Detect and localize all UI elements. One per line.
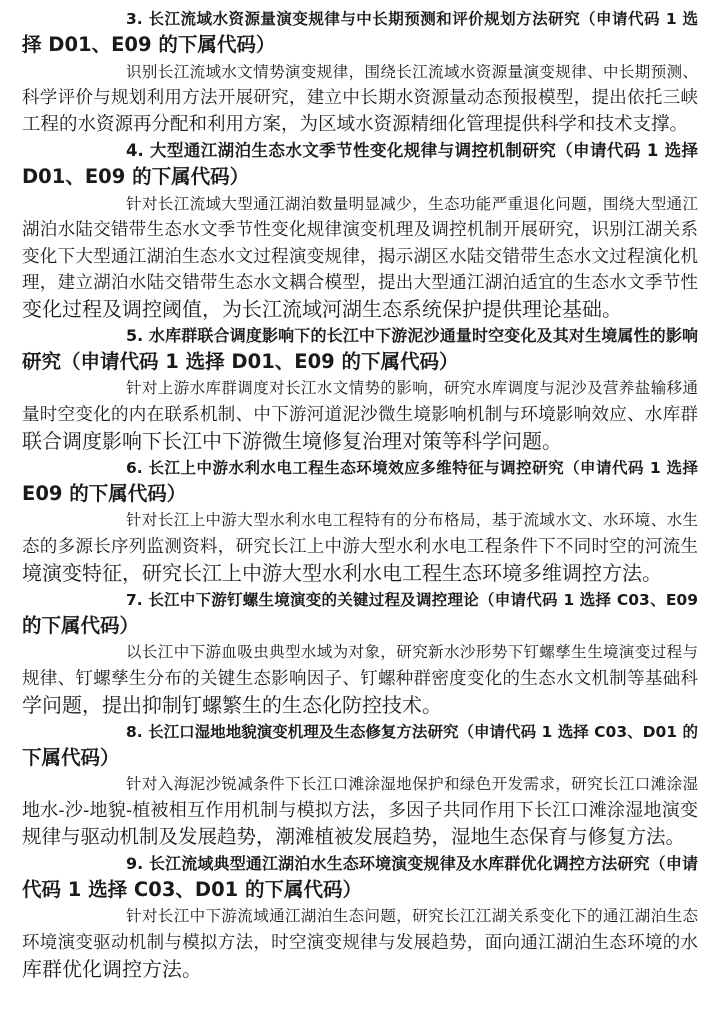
section-9: 9. 长江流域典型通江湖泊水生态环境演变规律及水库群优化调控方法研究（申请 代码…: [22, 851, 698, 983]
section-title: 8. 长江口湿地地貌演变机理及生态修复方法研究（申请代码 1 选择 C03、D0…: [22, 719, 698, 745]
section-body: 针对长江中下游流域通江湖泊生态问题，研究长江江湖关系变化下的通江湖泊生态: [22, 903, 698, 929]
section-body: 学问题，提出抑制钉螺繁生的生态化防控技术。: [22, 692, 698, 718]
section-title: 5. 水库群联合调度影响下的长江中下游泥沙通量时空变化及其对生境属性的影响: [22, 323, 698, 349]
section-title: 研究（申请代码 1 选择 D01、E09 的下属代码）: [22, 349, 698, 375]
section-body: 针对入海泥沙锐减条件下长江口滩涂湿地保护和绿色开发需求，研究长江口滩涂湿: [22, 771, 698, 797]
section-body: 变化下大型通江湖泊生态水文过程演变规律，揭示湖区水陆交错带生态水文过程演化机: [22, 244, 698, 270]
section-title: 6. 长江上中游水利水电工程生态环境效应多维特征与调控研究（申请代码 1 选择: [22, 455, 698, 481]
section-body: 环境演变驱动机制与模拟方法，时空演变规律与发展趋势，面向通江湖泊生态环境的水: [22, 930, 698, 956]
section-body: 以长江中下游血吸虫典型水域为对象，研究新水沙形势下钉螺孳生生境演变过程与: [22, 639, 698, 665]
section-body: 针对长江上中游大型水利水电工程特有的分布格局，基于流域水文、水环境、水生: [22, 507, 698, 533]
section-title: D01、E09 的下属代码）: [22, 164, 698, 190]
section-body: 识别长江流域水文情势演变规律，围绕长江流域水资源量演变规律、中长期预测、: [22, 59, 698, 85]
section-5: 5. 水库群联合调度影响下的长江中下游泥沙通量时空变化及其对生境属性的影响 研究…: [22, 323, 698, 455]
section-title: 4. 大型通江湖泊生态水文季节性变化规律与调控机制研究（申请代码 1 选择: [22, 138, 698, 164]
section-body: 湖泊水陆交错带生态水文季节性变化规律演变机理及调控机制开展研究，识别江湖关系: [22, 217, 698, 243]
section-body: 变化过程及调控阈值，为长江流域河湖生态系统保护提供理论基础。: [22, 296, 698, 322]
section-body: 针对上游水库群调度对长江水文情势的影响，研究水库调度与泥沙及营养盐输移通: [22, 375, 698, 401]
section-title: 9. 长江流域典型通江湖泊水生态环境演变规律及水库群优化调控方法研究（申请: [22, 851, 698, 877]
section-title: 3. 长江流域水资源量演变规律与中长期预测和评价规划方法研究（申请代码 1 选: [22, 6, 698, 32]
section-7: 7. 长江中下游钉螺生境演变的关键过程及调控理论（申请代码 1 选择 C03、E…: [22, 587, 698, 719]
section-title: 择 D01、E09 的下属代码）: [22, 32, 698, 58]
section-body: 科学评价与规划利用方法开展研究，建立中长期水资源量动态预报模型，提出依托三峡: [22, 85, 698, 111]
section-title: E09 的下属代码）: [22, 481, 698, 507]
section-title: 下属代码）: [22, 745, 698, 771]
section-body: 库群优化调控方法。: [22, 956, 698, 982]
section-8: 8. 长江口湿地地貌演变机理及生态修复方法研究（申请代码 1 选择 C03、D0…: [22, 719, 698, 851]
document-page: 3. 长江流域水资源量演变规律与中长期预测和评价规划方法研究（申请代码 1 选 …: [22, 6, 698, 982]
section-body: 规律与驱动机制及发展趋势，潮滩植被发展趋势，湿地生态保育与修复方法。: [22, 824, 698, 850]
section-title: 的下属代码）: [22, 613, 698, 639]
section-title: 代码 1 选择 C03、D01 的下属代码）: [22, 877, 698, 903]
section-title: 7. 长江中下游钉螺生境演变的关键过程及调控理论（申请代码 1 选择 C03、E…: [22, 587, 698, 613]
section-body: 量时空变化的内在联系机制、中下游河道泥沙微生境影响机制与环境影响效应、水库群: [22, 402, 698, 428]
section-body: 工程的水资源再分配和利用方案，为区域水资源精细化管理提供科学和技术支撑。: [22, 112, 698, 138]
section-4: 4. 大型通江湖泊生态水文季节性变化规律与调控机制研究（申请代码 1 选择 D0…: [22, 138, 698, 323]
section-body: 针对长江流域大型通江湖泊数量明显减少，生态功能严重退化问题，围绕大型通江: [22, 191, 698, 217]
section-body: 态的多源长序列监测资料，研究长江上中游大型水利水电工程条件下不同时空的河流生: [22, 534, 698, 560]
section-3: 3. 长江流域水资源量演变规律与中长期预测和评价规划方法研究（申请代码 1 选 …: [22, 6, 698, 138]
section-body: 规律、钉螺孳生分布的关键生态影响因子、钉螺种群密度变化的生态水文机制等基础科: [22, 666, 698, 692]
section-body: 联合调度影响下长江中下游微生境修复治理对策等科学问题。: [22, 428, 698, 454]
section-body: 理，建立湖泊水陆交错带生态水文耦合模型，提出大型通江湖泊适宜的生态水文季节性: [22, 270, 698, 296]
section-body: 境演变特征，研究长江上中游大型水利水电工程生态环境多维调控方法。: [22, 560, 698, 586]
section-body: 地水-沙-地貌-植被相互作用机制与模拟方法，多因子共同作用下长江口滩涂湿地演变: [22, 798, 698, 824]
section-6: 6. 长江上中游水利水电工程生态环境效应多维特征与调控研究（申请代码 1 选择 …: [22, 455, 698, 587]
